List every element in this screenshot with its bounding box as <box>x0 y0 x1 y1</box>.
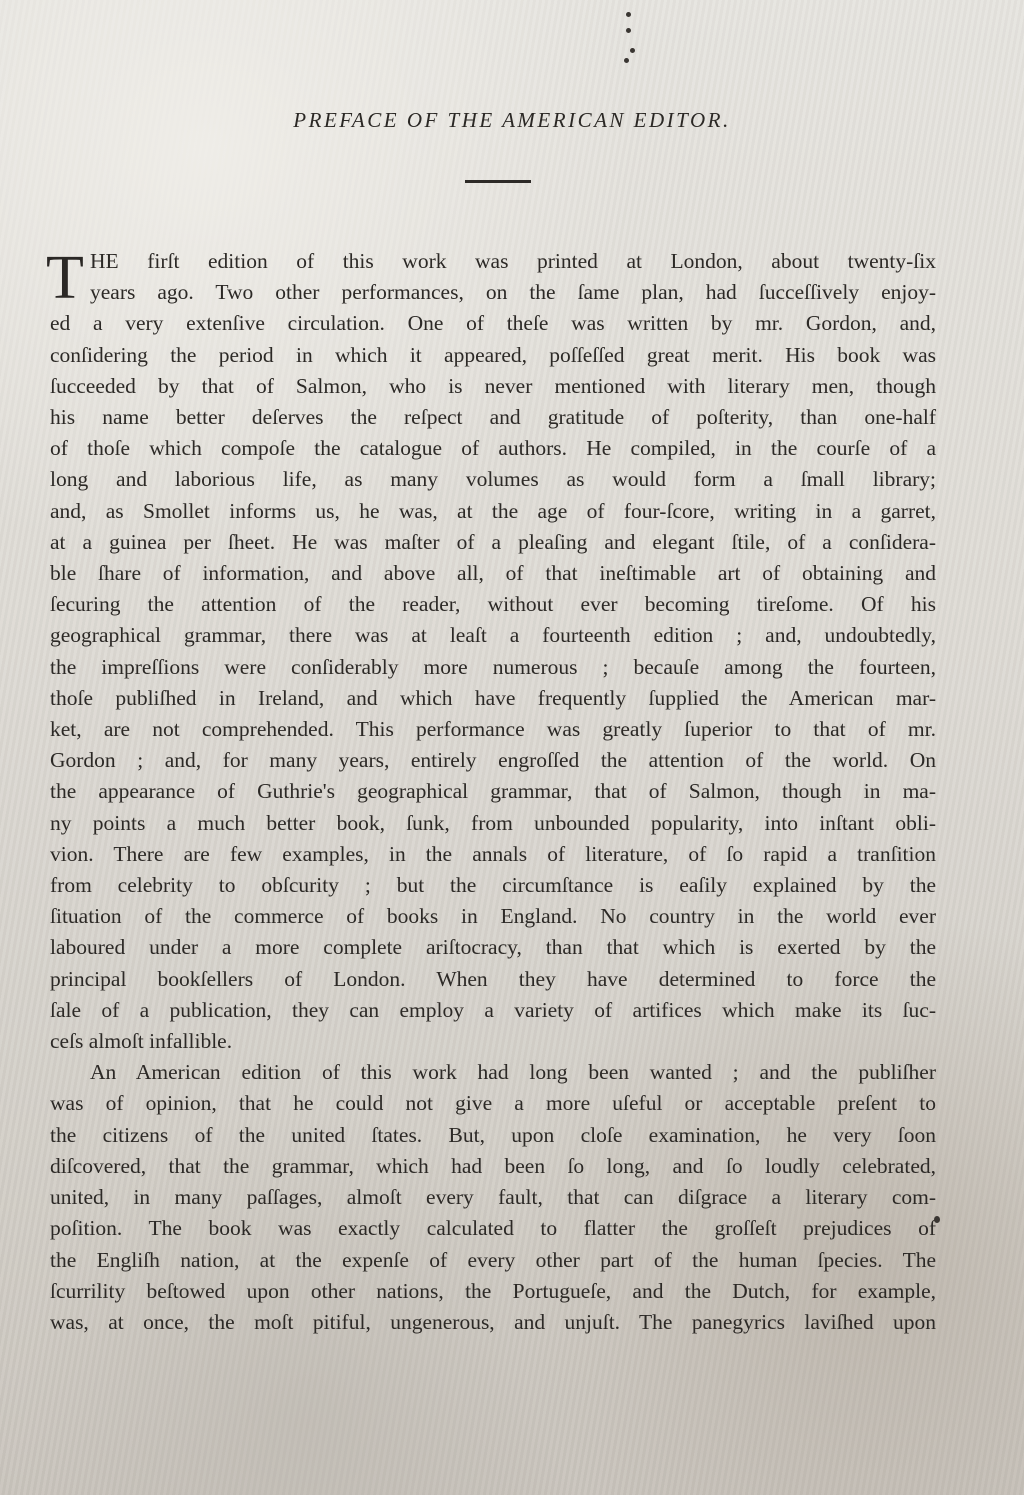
text-line: was, at once, the moſt pitiful, ungenero… <box>50 1307 936 1338</box>
text-line: years ago. Two other performances, on th… <box>50 277 936 308</box>
text-line: long and laborious life, as many volumes… <box>50 464 936 495</box>
text-line: ble ſhare of information, and above all,… <box>50 558 936 589</box>
ink-speck <box>624 58 629 63</box>
text-line: from celebrity to obſcurity ; but the ci… <box>50 870 936 901</box>
text-line: geographical grammar, there was at leaſt… <box>50 620 936 651</box>
text-line: ny points a much better book, ſunk, from… <box>50 808 936 839</box>
text-line: HE firſt edition of this work was printe… <box>50 246 936 277</box>
text-line: ſucceeded by that of Salmon, who is neve… <box>50 371 936 402</box>
text-line: was of opinion, that he could not give a… <box>50 1088 936 1119</box>
book-page: PREFACE OF THE AMERICAN EDITOR. T HE fir… <box>0 0 1024 1495</box>
drop-cap: T <box>46 250 84 306</box>
text-line: thoſe publiſhed in Ireland, and which ha… <box>50 683 936 714</box>
text-line: vion. There are few examples, in the ann… <box>50 839 936 870</box>
text-line: Gordon ; and, for many years, entirely e… <box>50 745 936 776</box>
ink-specks <box>612 8 642 68</box>
page-title: PREFACE OF THE AMERICAN EDITOR. <box>0 108 1024 133</box>
text-line: ſcurrility beſtowed upon other nations, … <box>50 1276 936 1307</box>
title-rule <box>465 180 531 183</box>
text-line: and, as Smollet informs us, he was, at t… <box>50 496 936 527</box>
text-line: laboured under a more complete ariſtocra… <box>50 932 936 963</box>
ink-speck <box>626 12 631 17</box>
text-line: ſecuring the attention of the reader, wi… <box>50 589 936 620</box>
text-line: united, in many paſſages, almoſt every f… <box>50 1182 936 1213</box>
text-line: ket, are not comprehended. This performa… <box>50 714 936 745</box>
text-line: ſituation of the commerce of books in En… <box>50 901 936 932</box>
text-line: the citizens of the united ſtates. But, … <box>50 1120 936 1151</box>
text-line: the appearance of Guthrie's geographical… <box>50 776 936 807</box>
paragraph-1: HE firſt edition of this work was printe… <box>50 246 936 1057</box>
text-line: diſcovered, that the grammar, which had … <box>50 1151 936 1182</box>
text-line: his name better deſerves the reſpect and… <box>50 402 936 433</box>
text-line: poſition. The book was exactly calculate… <box>50 1213 936 1244</box>
ink-speck <box>630 48 635 53</box>
text-line: ed a very extenſive circulation. One of … <box>50 308 936 339</box>
paragraph-2: An American edition of this work had lon… <box>50 1057 936 1338</box>
text-line: the Engliſh nation, at the expenſe of ev… <box>50 1245 936 1276</box>
text-line: ſale of a publication, they can employ a… <box>50 995 936 1026</box>
preface-body: T HE firſt edition of this work was prin… <box>50 246 936 1338</box>
text-line: the impreſſions were conſiderably more n… <box>50 652 936 683</box>
text-line: at a guinea per ſheet. He was maſter of … <box>50 527 936 558</box>
text-line: conſidering the period in which it appea… <box>50 340 936 371</box>
text-line: of thoſe which compoſe the catalogue of … <box>50 433 936 464</box>
text-line: ceſs almoſt infallible. <box>50 1026 936 1057</box>
text-line: principal bookſellers of London. When th… <box>50 964 936 995</box>
ink-speck <box>934 1216 940 1223</box>
text-line: An American edition of this work had lon… <box>50 1057 936 1088</box>
ink-speck <box>626 28 631 33</box>
